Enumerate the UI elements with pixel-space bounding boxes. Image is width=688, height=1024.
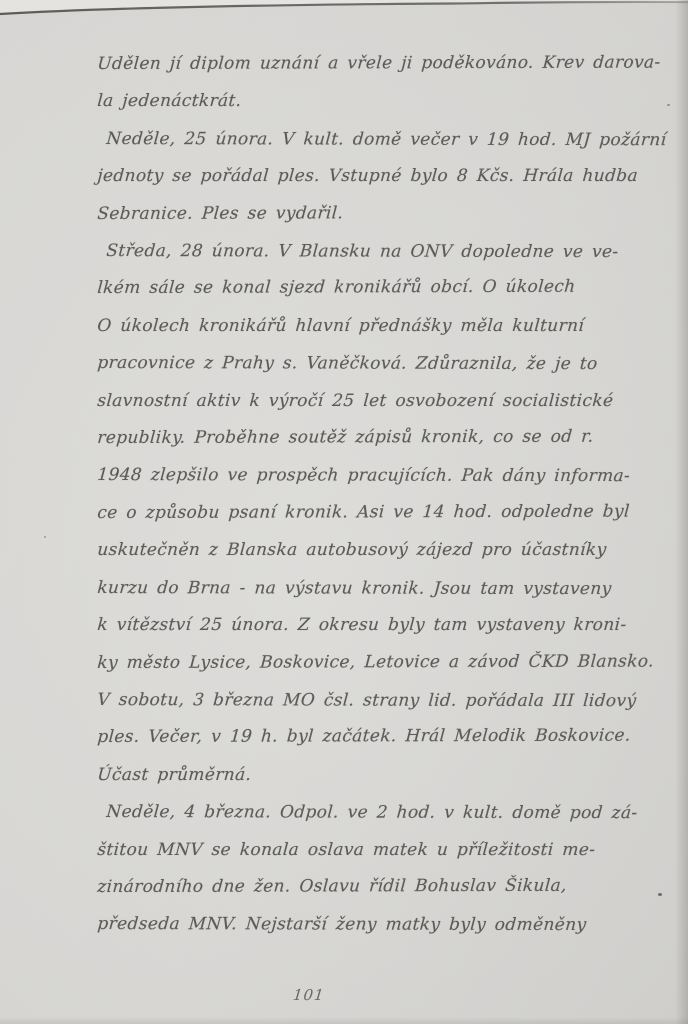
handwritten-line: uskutečněn z Blanska autobusový zájezd p… (96, 532, 661, 569)
handwritten-line: Udělen jí diplom uznání a vřele ji poděk… (96, 45, 661, 84)
handwritten-line: republiky. Proběhne soutěž zápisů kronik… (96, 419, 661, 458)
paper-speck (44, 536, 46, 538)
handwritten-line: ky město Lysice, Boskovice, Letovice a z… (96, 643, 661, 682)
handwritten-line: la jedenáctkrát. (96, 83, 661, 120)
handwritten-line: Neděle, 25 února. V kult. domě večer v 1… (96, 121, 661, 160)
handwritten-line: zinárodního dne žen. Oslavu řídil Bohusl… (96, 867, 661, 906)
handwritten-line: Sebranice. Ples se vydařil. (96, 194, 661, 233)
handwritten-line: Neděle, 4 března. Odpol. ve 2 hod. v kul… (96, 794, 661, 833)
handwritten-line: jednoty se pořádal ples. Vstupné bylo 8 … (96, 158, 661, 195)
page-number: 101 (292, 986, 326, 1004)
handwritten-line: ples. Večer, v 19 h. byl začátek. Hrál M… (96, 718, 661, 757)
handwritten-line: kurzu do Brna - na výstavu kronik. Jsou … (96, 570, 661, 609)
page-right-edge-shadow (675, 0, 688, 1024)
scanned-page: Udělen jí diplom uznání a vřele ji poděk… (0, 0, 688, 1024)
paper-speck (667, 104, 670, 106)
handwritten-line: O úkolech kronikářů hlavní přednášky měl… (96, 308, 661, 345)
handwritten-line: slavnostní aktiv k výročí 25 let osvoboz… (96, 383, 661, 420)
handwritten-line: V sobotu, 3 března MO čsl. strany lid. p… (96, 682, 661, 721)
handwritten-line: 1948 zlepšilo ve prospěch pracujících. P… (96, 457, 661, 496)
handwritten-line: předseda MNV. Nejstarší ženy matky byly … (96, 906, 661, 945)
handwritten-line: pracovnice z Prahy s. Vaněčková. Zdůrazn… (96, 345, 661, 384)
handwritten-text-block: Udělen jí diplom uznání a vřele ji poděk… (96, 46, 658, 944)
page-top-edge-line (0, 0, 688, 22)
handwritten-line: Středa, 28 února. V Blansku na ONV dopol… (96, 233, 661, 272)
handwritten-line: lkém sále se konal sjezd kronikářů obcí.… (96, 269, 661, 308)
handwritten-line: štitou MNV se konala oslava matek u příl… (96, 832, 661, 869)
handwritten-line: Účast průměrná. (96, 757, 661, 794)
handwritten-line: k vítězství 25 února. Z okresu byly tam … (96, 607, 661, 644)
handwritten-line: ce o způsobu psaní kronik. Asi ve 14 hod… (96, 493, 661, 532)
page-bottom-edge-shadow (0, 1017, 688, 1024)
